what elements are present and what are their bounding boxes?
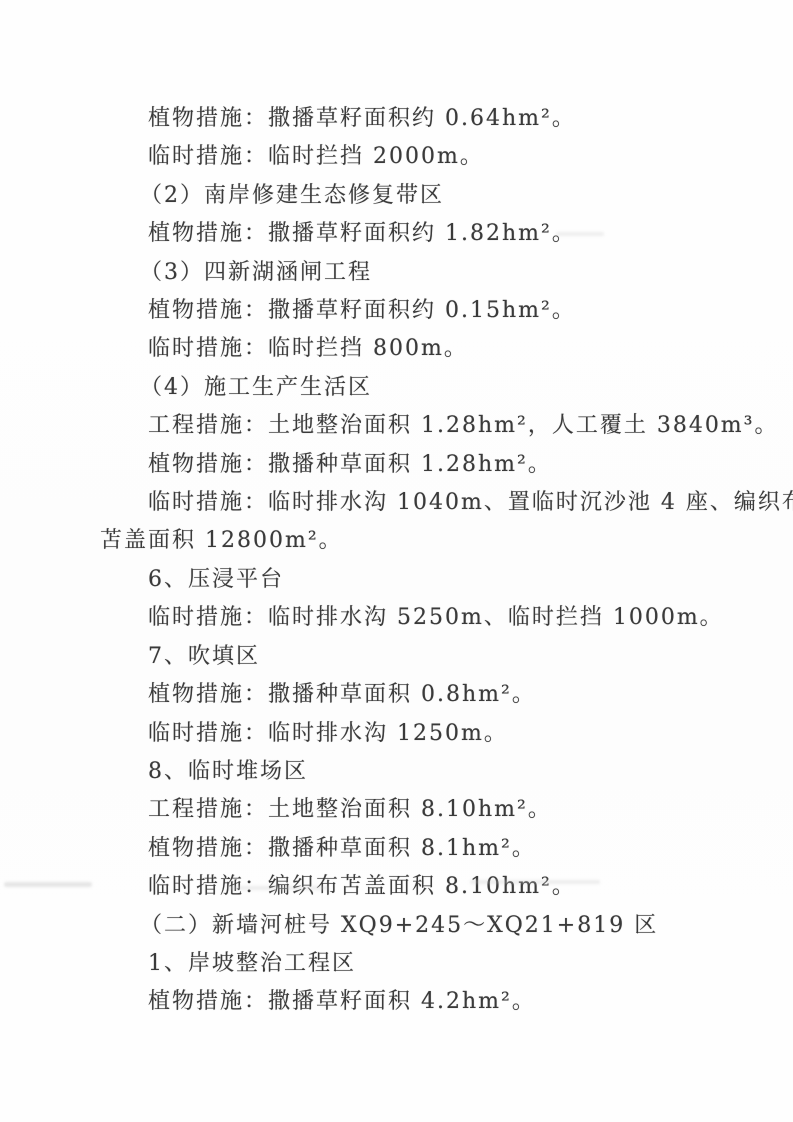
text-line: 临时措施：编织布苫盖面积 8.10hm²。 bbox=[100, 868, 748, 906]
text-line: 植物措施：撒播种草面积 0.8hm²。 bbox=[100, 676, 748, 714]
scan-artifact bbox=[4, 882, 92, 887]
text-line: 工程措施：土地整治面积 8.10hm²。 bbox=[100, 791, 748, 829]
scan-artifact bbox=[470, 880, 600, 884]
text-line: 临时措施：临时拦挡 2000m。 bbox=[100, 138, 748, 176]
text-line: 苫盖面积 12800m²。 bbox=[100, 522, 748, 560]
text-line: 8、临时堆场区 bbox=[100, 753, 748, 791]
document-body: 植物措施：撒播草籽面积约 0.64hm²。临时措施：临时拦挡 2000m。（2）… bbox=[100, 100, 748, 1022]
text-line: 植物措施：撒播草籽面积约 1.82hm²。 bbox=[100, 215, 748, 253]
text-line: 工程措施：土地整治面积 1.28hm²，人工覆土 3840m³。 bbox=[100, 407, 748, 445]
text-line: 临时措施：临时排水沟 5250m、临时拦挡 1000m。 bbox=[100, 599, 748, 637]
text-line: 植物措施：撒播草籽面积约 0.15hm²。 bbox=[100, 292, 748, 330]
text-line: （2）南岸修建生态修复带区 bbox=[100, 177, 748, 215]
text-line: 植物措施：撒播草籽面积约 0.64hm²。 bbox=[100, 100, 748, 138]
text-line: 临时措施：临时拦挡 800m。 bbox=[100, 330, 748, 368]
scanned-document-page: 植物措施：撒播草籽面积约 0.64hm²。临时措施：临时拦挡 2000m。（2）… bbox=[0, 0, 793, 1122]
text-line: 植物措施：撒播种草面积 1.28hm²。 bbox=[100, 446, 748, 484]
text-line: 植物措施：撒播种草面积 8.1hm²。 bbox=[100, 830, 748, 868]
text-line: 临时措施：临时排水沟 1040m、置临时沉沙池 4 座、编织布 bbox=[100, 484, 748, 522]
text-line: 植物措施：撒播草籽面积 4.2hm²。 bbox=[100, 983, 748, 1021]
text-line: 6、压浸平台 bbox=[100, 561, 748, 599]
text-line: （4）施工生产生活区 bbox=[100, 369, 748, 407]
text-line: 7、吹填区 bbox=[100, 638, 748, 676]
text-line: 临时措施：临时排水沟 1250m。 bbox=[100, 715, 748, 753]
text-line: （3）四新湖涵闸工程 bbox=[100, 254, 748, 292]
text-line: （二）新墙河桩号 XQ9+245～XQ21+819 区 bbox=[100, 907, 748, 945]
scan-artifact bbox=[228, 886, 328, 890]
scan-artifact bbox=[556, 232, 604, 236]
text-line: 1、岸坡整治工程区 bbox=[100, 945, 748, 983]
